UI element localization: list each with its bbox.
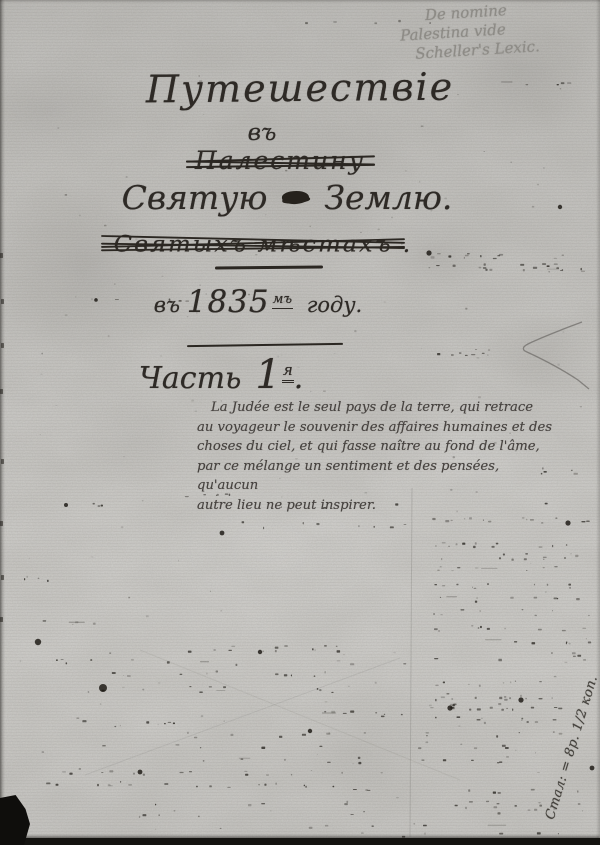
diagonal-crease-1 (85, 658, 400, 775)
fold-crease-line (410, 488, 412, 837)
page-edge-right (596, 0, 600, 845)
ink-blot (282, 190, 310, 205)
quote-line: autre lieu ne peut inspirer. (197, 496, 559, 516)
trailing-period: . (403, 230, 413, 258)
part-word: Часть (139, 361, 242, 396)
part-number: 1 (255, 352, 280, 398)
page-edge-top (0, 0, 600, 3)
crossed-out-subtitle-line: Святыхъ мѣстахъ . (0, 230, 561, 258)
crossed-out-line-wrap: Святыхъ мѣстахъ (110, 231, 397, 257)
title-word-land: Землю. (324, 178, 452, 217)
title-holy-land-line: Святую Землю. (0, 178, 587, 217)
short-divider-rule (215, 265, 323, 269)
crossed-out-palestine-line: Палестину (0, 146, 580, 175)
date-suffix: году. (307, 293, 362, 317)
pencil-chevron-mark (523, 322, 589, 389)
title-word-holy: Святую (122, 178, 268, 217)
page-edge-bottom (0, 838, 600, 845)
long-divider-rule (187, 343, 343, 347)
price-margin-note: Стал: = 8р. 1/2 коп. (543, 674, 600, 822)
date-superscript: мъ (272, 292, 293, 309)
diagonal-crease-2 (140, 650, 460, 780)
date-year: 1835 (187, 284, 270, 320)
quote-line: au voyageur le souvenir des affaires hum… (197, 418, 559, 438)
date-line: въ 1835мъ году. (0, 284, 558, 320)
part-period: . (294, 361, 304, 396)
quote-line: La Judée est le seul pays de la terre, q… (197, 398, 559, 418)
epigraph-quote: La Judée est le seul pays de la terre, q… (197, 398, 559, 516)
page-edge-left (0, 0, 5, 845)
crossed-out-word-wrap: Палестину (191, 146, 369, 175)
date-prefix: въ (154, 293, 180, 317)
part-superscript: я (282, 361, 294, 383)
part-line: Часть1я. (0, 352, 521, 398)
title-main-word: Путешествіе (0, 63, 600, 112)
torn-corner-bottom-left (0, 795, 30, 845)
pencil-note: De nomine Palestina vide Scheller's Lexi… (398, 0, 586, 65)
title-preposition: въ (0, 120, 562, 146)
quote-line: par ce mélange un sentiment et des pensé… (197, 457, 559, 496)
manuscript-page: De nomine Palestina vide Scheller's Lexi… (0, 0, 600, 845)
quote-line: choses du ciel, et qui fasse naître au f… (197, 437, 559, 457)
